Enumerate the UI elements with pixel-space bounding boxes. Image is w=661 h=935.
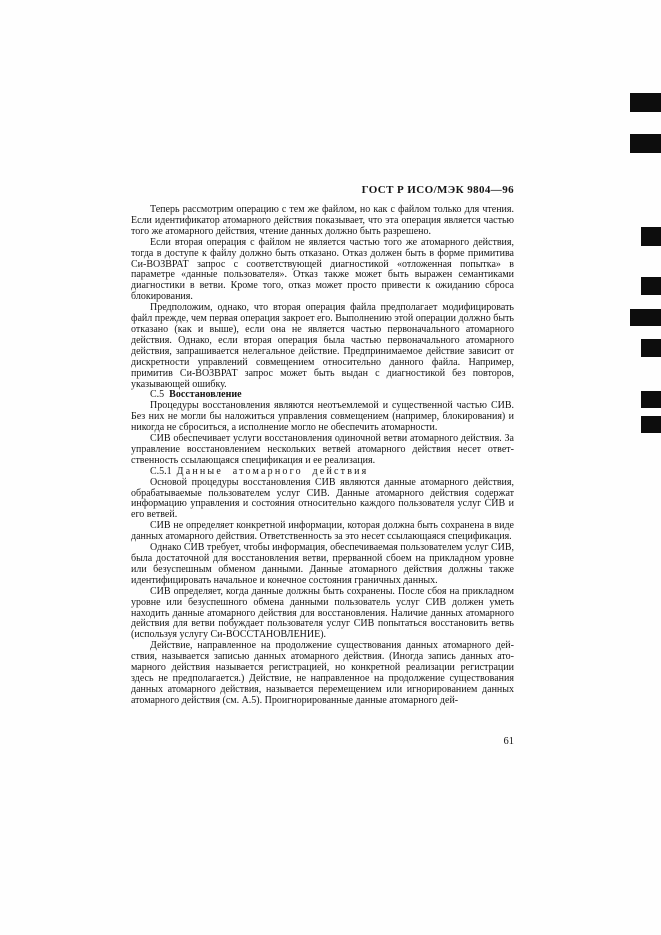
section-title: Восстановление xyxy=(169,389,241,400)
paragraph: СИВ обеспечивает услуги восстановления о… xyxy=(131,434,514,467)
page-number: 61 xyxy=(131,736,514,747)
scan-edge-mark xyxy=(641,416,661,433)
paragraph: Однако СИВ требует, чтобы информация, об… xyxy=(131,543,514,587)
scan-edge-mark xyxy=(641,227,661,246)
section-number: С.5 xyxy=(150,389,164,400)
paragraph: СИВ определяет, когда данные должны быть… xyxy=(131,587,514,642)
scan-edge-mark xyxy=(630,134,661,153)
paragraph: Действие, направленное на продолжение су… xyxy=(131,641,514,706)
intro-paragraphs: Теперь рассмотрим операцию с тем же файл… xyxy=(131,205,514,390)
document-page: ГОСТ Р ИСО/МЭК 9804—96 Теперь рассмотрим… xyxy=(0,0,661,935)
scan-edge-mark xyxy=(641,277,661,295)
scan-edge-mark xyxy=(641,391,661,408)
paragraph: Процедуры восстановления являются неотъе… xyxy=(131,401,514,434)
scan-edge-mark xyxy=(630,93,661,112)
document-body: Теперь рассмотрим операцию с тем же файл… xyxy=(131,205,514,707)
section-number: С.5.1 xyxy=(150,466,172,477)
paragraph: Если вторая операция с файлом не являетс… xyxy=(131,238,514,303)
paragraph: Теперь рассмотрим операцию с тем же файл… xyxy=(131,205,514,238)
c5-paragraphs: Процедуры восстановления являются неотъе… xyxy=(131,401,514,466)
paragraph: Предположим, однако, что вторая операция… xyxy=(131,303,514,390)
paragraph: Основой процедуры восстановления СИВ явл… xyxy=(131,478,514,522)
c51-paragraphs: Основой процедуры восстановления СИВ явл… xyxy=(131,478,514,707)
scan-edge-mark xyxy=(641,339,661,357)
scan-edge-mark xyxy=(630,309,661,326)
section-title: Данные атомарного действия xyxy=(177,466,369,477)
running-header-standard-code: ГОСТ Р ИСО/МЭК 9804—96 xyxy=(131,184,514,196)
paragraph: СИВ не определяет конкретной информации,… xyxy=(131,521,514,543)
